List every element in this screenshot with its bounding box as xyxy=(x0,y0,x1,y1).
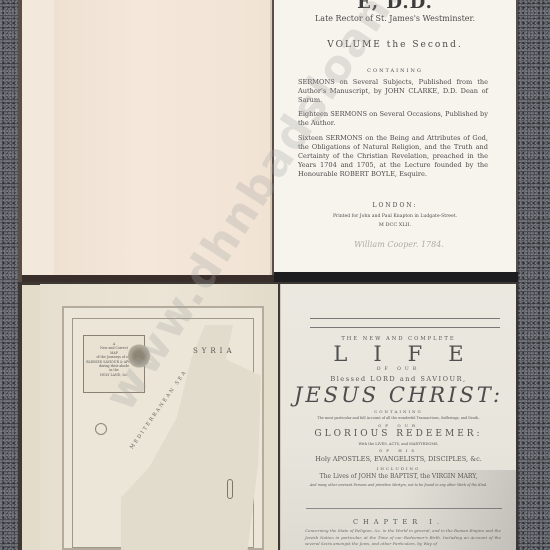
map-label-syria: SYRIA xyxy=(193,347,236,355)
volume-line: VOLUME the Second. xyxy=(274,40,516,50)
blessed-lord-line: Blessed LORD and SAVIOUR, xyxy=(281,375,516,383)
of-his-line: OF HIS xyxy=(281,448,516,453)
imprint-city: LONDON: xyxy=(274,202,516,209)
sermons-paragraph-3: Sixteen SERMONS on the Being and Attribu… xyxy=(298,134,488,179)
compass-rose-icon xyxy=(95,423,107,435)
lives-acts-line: With the LIVES, ACTS, and MARTYRDOMS, xyxy=(281,442,516,446)
containing-label: CONTAINING xyxy=(281,409,516,414)
of-our-line: OF OUR xyxy=(281,367,516,372)
imprint-printer: Printed for John and Paul Knapton in Lud… xyxy=(274,214,516,219)
most-particular-line: The most particular and full Account of … xyxy=(281,416,516,420)
imprint-date: M DCC XLII. xyxy=(274,222,516,228)
glorious-redeemer-heading: GLORIOUS REDEEMER: xyxy=(281,429,516,439)
double-rule-top xyxy=(310,318,500,319)
of-our-line-2: OF OUR xyxy=(281,423,516,428)
double-rule-bottom xyxy=(310,327,500,328)
handwritten-signature: William Cooper. 1784. xyxy=(314,240,484,249)
apostles-line: Holy APOSTLES, EVANGELISTS, DISCIPLES, &… xyxy=(281,455,516,463)
map-lake-icon xyxy=(227,479,233,499)
shadow-overlay xyxy=(400,470,520,550)
top-book-left-edge xyxy=(22,275,274,282)
top-book-flyleaf xyxy=(22,0,56,278)
life-heading: LIFE xyxy=(281,342,516,366)
top-book-bottom-edge xyxy=(274,272,518,282)
jesus-christ-heading: JESUS CHRIST: xyxy=(281,383,516,407)
